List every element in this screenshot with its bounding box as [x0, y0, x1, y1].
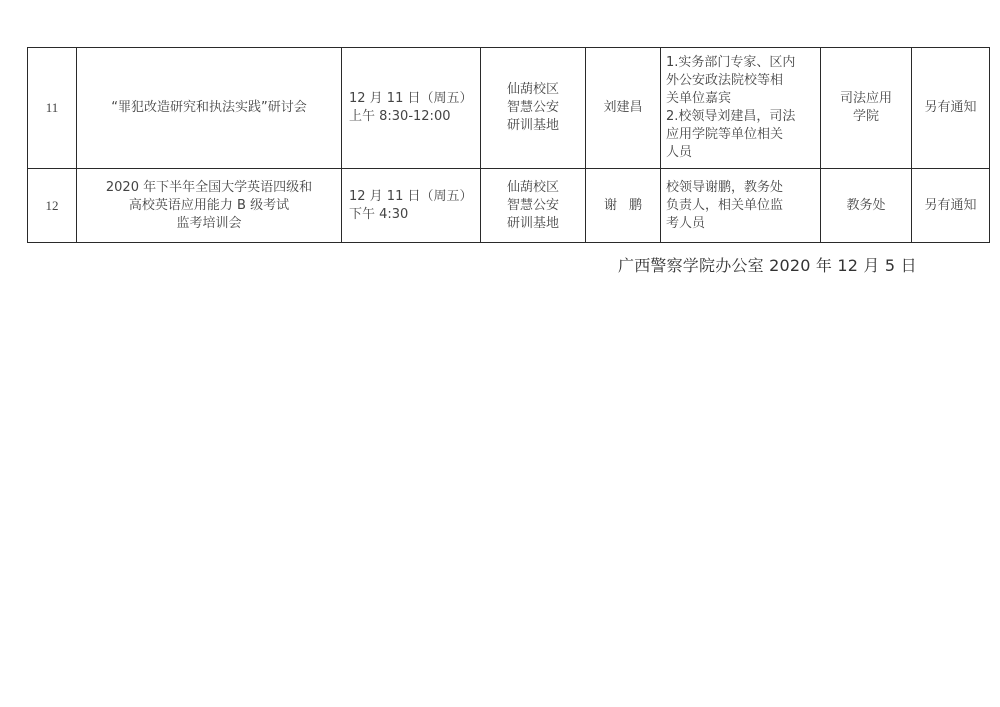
event-organizer: 司法应用 学院 [821, 48, 912, 169]
event-hours: 下午 4:30 [349, 206, 480, 224]
event-location: 仙葫校区 智慧公安 研训基地 [481, 48, 586, 169]
location-line: 研训基地 [481, 215, 585, 233]
event-host: 刘建昌 [586, 48, 661, 169]
attendees-line: 2.校领导刘建昌，司法 [666, 108, 816, 126]
table-row: 11 “罪犯改造研究和执法实践”研讨会 12 月 11 日（周五） 上午 8:3… [28, 48, 990, 169]
event-title-line: 监考培训会 [77, 215, 341, 233]
organizer-line: 学院 [821, 108, 911, 126]
event-hours: 上午 8:30-12:00 [349, 108, 480, 126]
event-attendees: 校领导谢鹏，教务处 负责人，相关单位监 考人员 [661, 169, 821, 243]
attendees-line: 应用学院等单位相关 [666, 126, 816, 144]
attendees-line: 校领导谢鹏，教务处 [666, 179, 816, 197]
event-date: 12 月 11 日（周五） [349, 90, 480, 108]
attendees-line: 人员 [666, 144, 816, 162]
row-number: 11 [28, 48, 77, 169]
location-line: 智慧公安 [481, 197, 585, 215]
location-line: 研训基地 [481, 117, 585, 135]
attendees-line: 考人员 [666, 215, 816, 233]
organizer-line: 教务处 [821, 197, 911, 215]
event-title-line: 2020 年下半年全国大学英语四级和 [77, 179, 341, 197]
organizer-line: 司法应用 [821, 90, 911, 108]
event-note: 另有通知 [912, 169, 990, 243]
event-note: 另有通知 [912, 48, 990, 169]
event-title-line: 高校英语应用能力 B 级考试 [77, 197, 341, 215]
location-line: 仙葫校区 [481, 179, 585, 197]
attendees-line: 关单位嘉宾 [666, 90, 816, 108]
event-title: “罪犯改造研究和执法实践”研讨会 [77, 48, 342, 169]
event-date: 12 月 11 日（周五） [349, 188, 480, 206]
schedule-table: 11 “罪犯改造研究和执法实践”研讨会 12 月 11 日（周五） 上午 8:3… [27, 47, 990, 243]
event-time: 12 月 11 日（周五） 上午 8:30-12:00 [342, 48, 481, 169]
event-attendees: 1.实务部门专家、区内 外公安政法院校等相 关单位嘉宾 2.校领导刘建昌，司法 … [661, 48, 821, 169]
table-row: 12 2020 年下半年全国大学英语四级和 高校英语应用能力 B 级考试 监考培… [28, 169, 990, 243]
event-host-name: 谢鹏 [604, 198, 654, 213]
event-title: 2020 年下半年全国大学英语四级和 高校英语应用能力 B 级考试 监考培训会 [77, 169, 342, 243]
row-number: 12 [28, 169, 77, 243]
event-host: 谢鹏 [586, 169, 661, 243]
event-location: 仙葫校区 智慧公安 研训基地 [481, 169, 586, 243]
event-title-line: “罪犯改造研究和执法实践”研讨会 [77, 99, 341, 117]
issuer-signature: 广西警察学院办公室 2020 年 12 月 5 日 [618, 253, 917, 276]
location-line: 智慧公安 [481, 99, 585, 117]
attendees-line: 负责人，相关单位监 [666, 197, 816, 215]
event-time: 12 月 11 日（周五） 下午 4:30 [342, 169, 481, 243]
event-organizer: 教务处 [821, 169, 912, 243]
location-line: 仙葫校区 [481, 81, 585, 99]
attendees-line: 1.实务部门专家、区内 [666, 54, 816, 72]
attendees-line: 外公安政法院校等相 [666, 72, 816, 90]
